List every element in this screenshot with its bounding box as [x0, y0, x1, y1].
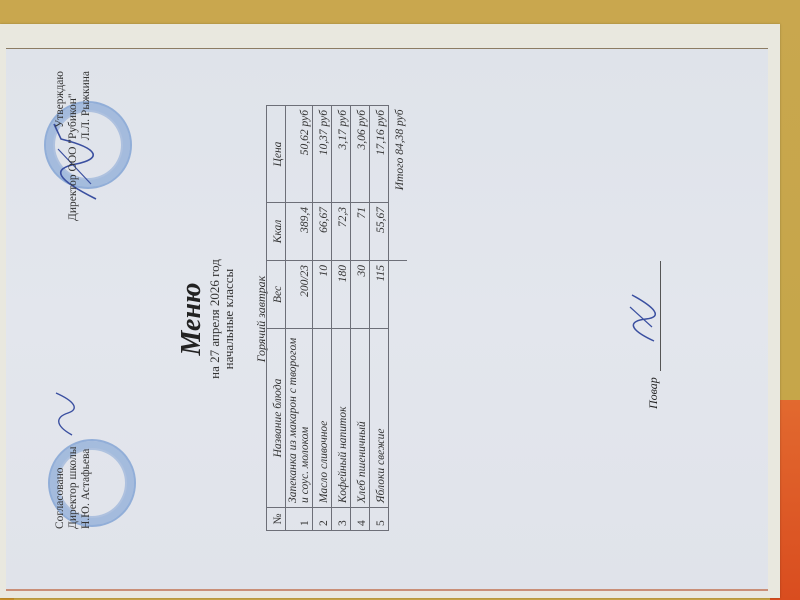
table-row: 3Кофейный напиток18072,33,17 руб [332, 106, 351, 531]
row-num: 5 [370, 508, 389, 531]
total-price: Итого 84,38 руб [389, 106, 408, 261]
menu-table: № Название блюда Вес Ккал Цена 1Запеканк… [266, 105, 407, 531]
table-header-row: № Название блюда Вес Ккал Цена [267, 106, 286, 531]
row-num: 4 [351, 508, 370, 531]
col-header-price: Цена [267, 106, 286, 203]
table-row: 1Запеканка из макарон с творогом и соус.… [286, 106, 313, 531]
agreement-position: Директор школы [67, 359, 80, 529]
dish-kcal: 72,3 [332, 203, 351, 261]
dish-weight: 115 [370, 260, 389, 328]
approval-signatory: Л.Л. Рыжкина [80, 71, 93, 221]
dish-weight: 180 [332, 260, 351, 328]
col-header-name: Название блюда [267, 329, 286, 508]
table-row: 4Хлеб пшеничный30713,06 руб [351, 106, 370, 531]
dish-kcal: 71 [351, 203, 370, 261]
approval-position: Директор ООО "Рубикон" [67, 71, 80, 221]
agreement-block: Согласовано Директор школы Н.Ю. Астафьев… [54, 359, 93, 529]
col-header-num: № [267, 508, 286, 531]
spacer [389, 260, 408, 530]
table-total-row: Итого 84,38 руб [389, 106, 408, 531]
table-row: 5Яблоки свежие11555,6717,16 руб [370, 106, 389, 531]
dish-name: Запеканка из макарон с творогом и соус. … [286, 329, 313, 508]
menu-page: Утверждаю Директор ООО "Рубикон" Л.Л. Ры… [6, 49, 768, 589]
cook-label: Повар [646, 377, 660, 409]
dish-weight: 10 [313, 260, 332, 328]
table-row: 2Масло сливочное1066,6710,37 руб [313, 106, 332, 531]
col-header-weight: Вес [267, 260, 286, 328]
title-block: Меню на 27 апреля 2026 год начальные кла… [176, 49, 269, 589]
dish-kcal: 389,4 [286, 203, 313, 261]
dish-price: 17,16 руб [370, 106, 389, 203]
dish-kcal: 66,67 [313, 203, 332, 261]
dish-name: Хлеб пшеничный [351, 329, 370, 508]
cook-signature-line: Повар [646, 261, 661, 409]
signature-icon [624, 287, 660, 347]
agreement-signatory: Н.Ю. Астафьева [80, 359, 93, 529]
col-header-kcal: Ккал [267, 203, 286, 261]
dish-price: 10,37 руб [313, 106, 332, 203]
dish-price: 3,06 руб [351, 106, 370, 203]
menu-date: на 27 апреля 2026 год [208, 49, 222, 589]
approval-block: Утверждаю Директор ООО "Рубикон" Л.Л. Ры… [54, 71, 93, 221]
dish-weight: 200/23 [286, 260, 313, 328]
page-title: Меню [176, 49, 208, 589]
dish-weight: 30 [351, 260, 370, 328]
approval-heading: Утверждаю [54, 71, 67, 221]
menu-sheet: Утверждаю Директор ООО "Рубикон" Л.Л. Ры… [6, 48, 768, 591]
agreement-heading: Согласовано [54, 359, 67, 529]
row-num: 3 [332, 508, 351, 531]
menu-audience: начальные классы [222, 49, 236, 589]
dish-name: Масло сливочное [313, 329, 332, 508]
row-num: 2 [313, 508, 332, 531]
dish-price: 50,62 руб [286, 106, 313, 203]
dish-name: Кофейный напиток [332, 329, 351, 508]
dish-kcal: 55,67 [370, 203, 389, 261]
dish-price: 3,17 руб [332, 106, 351, 203]
dish-name: Яблоки свежие [370, 329, 389, 508]
row-num: 1 [286, 508, 313, 531]
